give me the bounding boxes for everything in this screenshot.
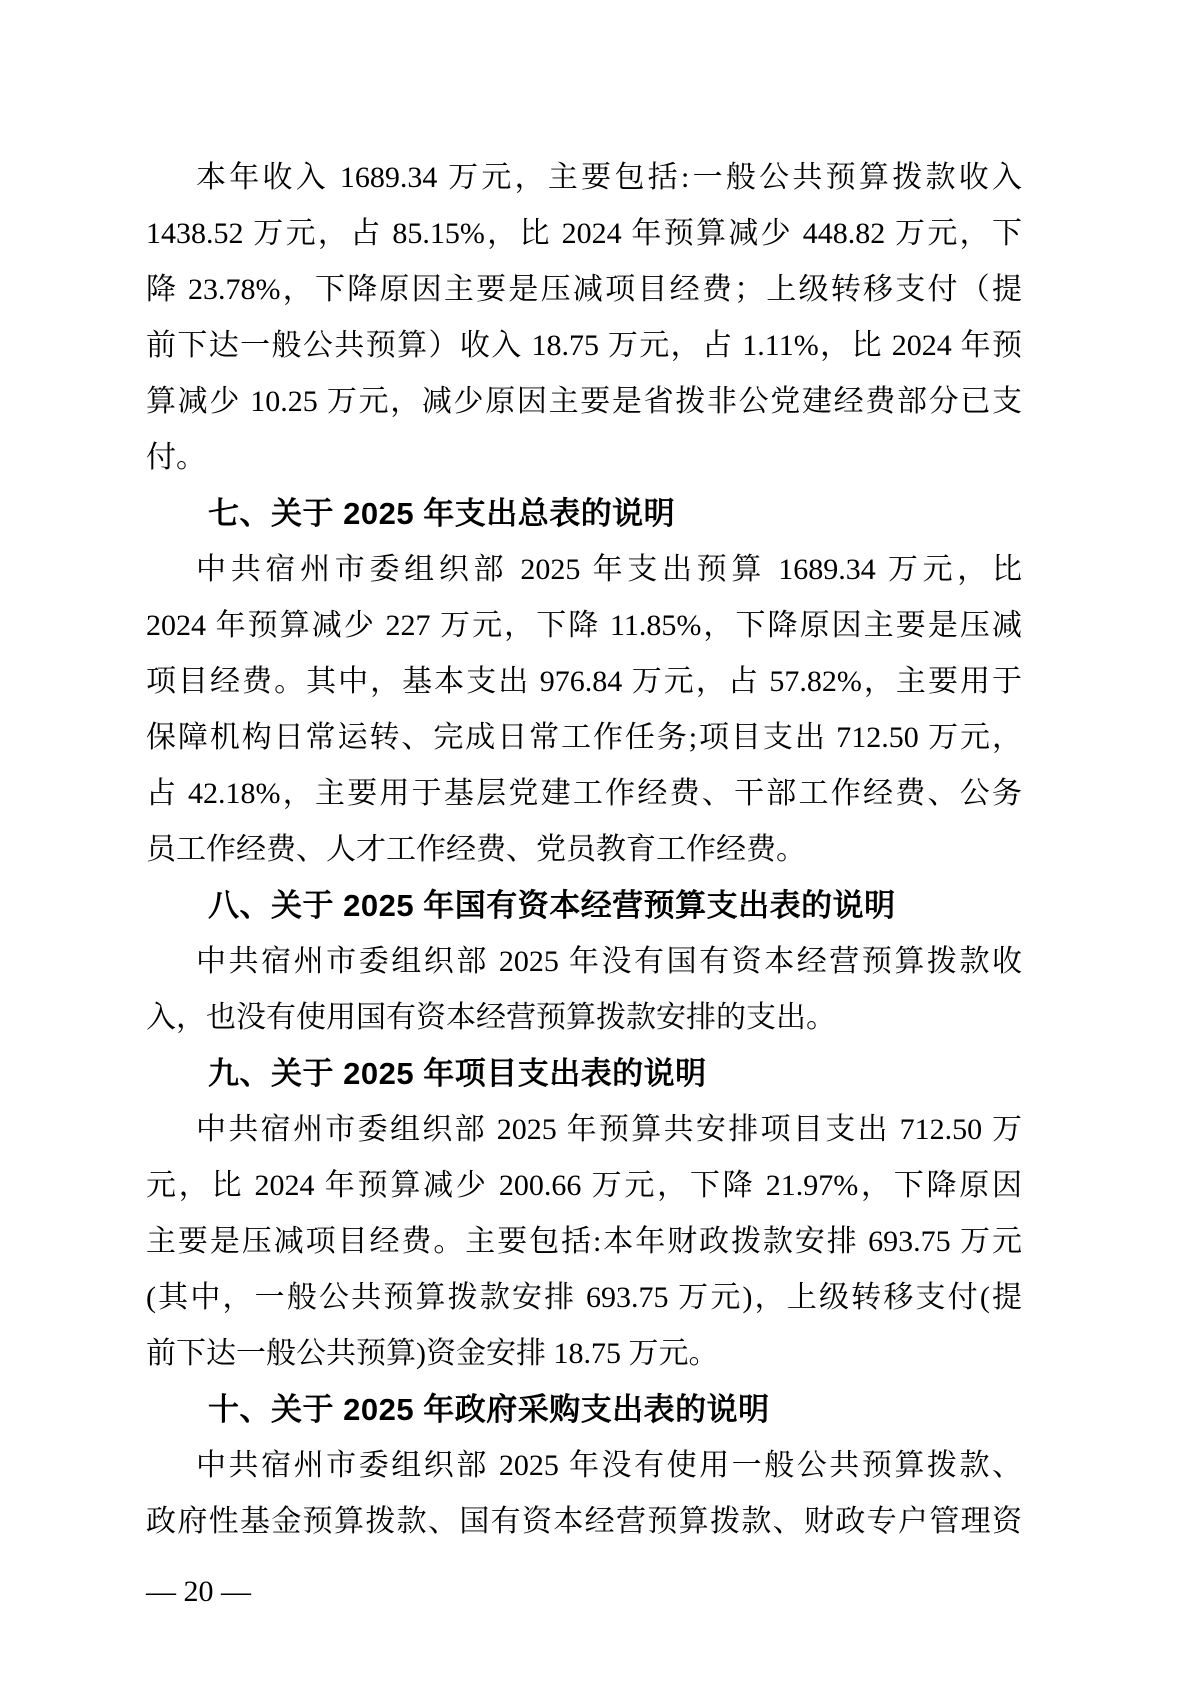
paragraph-line: 项目经费。其中，基本支出 976.84 万元，占 57.82%，主要用于 <box>146 654 1022 710</box>
paragraph-line: 元，比 2024 年预算减少 200.66 万元，下降 21.97%，下降原因 <box>146 1158 1022 1214</box>
paragraph-line: 占 42.18%，主要用于基层党建工作经费、干部工作经费、公务 <box>146 766 1022 822</box>
paragraph-line: 2024 年预算减少 227 万元，下降 11.85%，下降原因主要是压减 <box>146 598 1022 654</box>
paragraph-line: 员工作经费、人才工作经费、党员教育工作经费。 <box>146 822 1022 878</box>
paragraph-line: (其中，一般公共预算拨款安排 693.75 万元)，上级转移支付(提 <box>146 1270 1022 1326</box>
paragraph-line: 保障机构日常运转、完成日常工作任务;项目支出 712.50 万元， <box>146 710 1022 766</box>
paragraph-line: 中共宿州市委组织部 2025 年预算共安排项目支出 712.50 万 <box>146 1102 1022 1158</box>
section-heading-8: 八、关于 2025 年国有资本经营预算支出表的说明 <box>146 878 1022 934</box>
paragraph-line: 前下达一般公共预算)资金安排 18.75 万元。 <box>146 1326 1022 1382</box>
paragraph-line: 付。 <box>146 430 1022 486</box>
paragraph-line: 1438.52 万元，占 85.15%，比 2024 年预算减少 448.82 … <box>146 206 1022 262</box>
paragraph-line: 算减少 10.25 万元，减少原因主要是省拨非公党建经费部分已支 <box>146 374 1022 430</box>
section-heading-7: 七、关于 2025 年支出总表的说明 <box>146 486 1022 542</box>
paragraph-line: 政府性基金预算拨款、国有资本经营预算拨款、财政专户管理资 <box>146 1494 1022 1550</box>
document-page: 本年收入 1689.34 万元，主要包括:一般公共预算拨款收入 1438.52 … <box>0 0 1190 1683</box>
paragraph-line: 本年收入 1689.34 万元，主要包括:一般公共预算拨款收入 <box>146 150 1022 206</box>
paragraph-line: 主要是压减项目经费。主要包括:本年财政拨款安排 693.75 万元 <box>146 1214 1022 1270</box>
paragraph-line: 中共宿州市委组织部 2025 年没有使用一般公共预算拨款、 <box>146 1438 1022 1494</box>
section-heading-10: 十、关于 2025 年政府采购支出表的说明 <box>146 1382 1022 1438</box>
paragraph-line: 前下达一般公共预算）收入 18.75 万元，占 1.11%，比 2024 年预 <box>146 318 1022 374</box>
paragraph-line: 中共宿州市委组织部 2025 年没有国有资本经营预算拨款收 <box>146 934 1022 990</box>
paragraph-line: 中共宿州市委组织部 2025 年支出预算 1689.34 万元，比 <box>146 542 1022 598</box>
page-footer: — 20 — <box>146 1566 251 1618</box>
paragraph-line: 入，也没有使用国有资本经营预算拨款安排的支出。 <box>146 990 1022 1046</box>
paragraph-line: 降 23.78%，下降原因主要是压减项目经费；上级转移支付（提 <box>146 262 1022 318</box>
document-body: 本年收入 1689.34 万元，主要包括:一般公共预算拨款收入 1438.52 … <box>146 150 1022 1550</box>
section-heading-9: 九、关于 2025 年项目支出表的说明 <box>146 1046 1022 1102</box>
page-number: — 20 — <box>146 1575 251 1608</box>
